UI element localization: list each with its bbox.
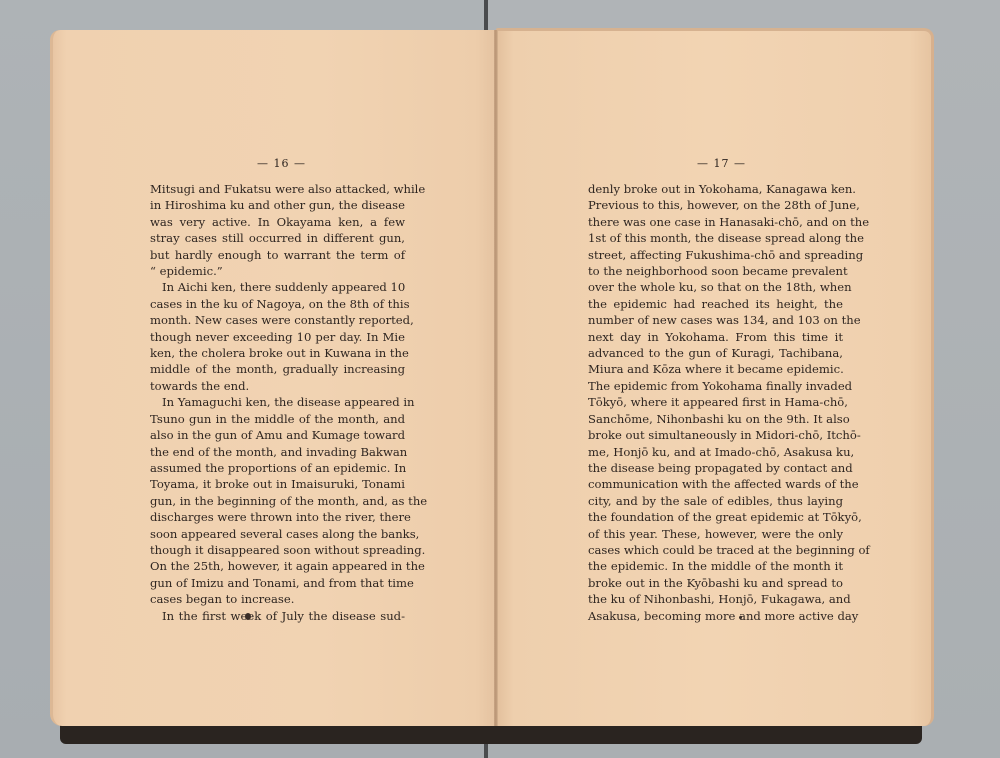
text-line: middle of the month, gradually increasin…: [150, 361, 405, 377]
right-page-text: denly broke out in Yokohama, Kanagawa ke…: [588, 181, 843, 624]
text-line: assumed the proportions of an epidemic. …: [150, 460, 405, 476]
book-gutter: [494, 30, 498, 726]
text-line: the foundation of the great epidemic at …: [588, 509, 843, 525]
text-line: Previous to this, however, on the 28th o…: [588, 197, 843, 213]
text-line: to the neighborhood soon became prevalen…: [588, 263, 843, 279]
text-line: Miura and Kōza where it became epidemic.: [588, 361, 843, 377]
text-line: cases which could be traced at the begin…: [588, 542, 843, 558]
text-line: cases began to increase.: [150, 591, 405, 607]
text-line: street, affecting Fukushima-chō and spre…: [588, 247, 843, 263]
text-line: towards the end.: [150, 378, 405, 394]
text-line: over the whole ku, so that on the 18th, …: [588, 279, 843, 295]
text-line: denly broke out in Yokohama, Kanagawa ke…: [588, 181, 843, 197]
text-line: Tōkyō, where it appeared first in Hama-c…: [588, 394, 843, 410]
text-line: the epidemic had reached its height, the: [588, 296, 843, 312]
text-line: the disease being propagated by contact …: [588, 460, 843, 476]
text-line: Tsuno gun in the middle of the month, an…: [150, 411, 405, 427]
left-page-text: Mitsugi and Fukatsu were also attacked, …: [150, 181, 405, 624]
text-line: “ epidemic.”: [150, 263, 405, 279]
text-line: The epidemic from Yokohama finally invad…: [588, 378, 843, 394]
text-line: number of new cases was 134, and 103 on …: [588, 312, 843, 328]
text-line: month. New cases were constantly reporte…: [150, 312, 405, 328]
text-line: In Aichi ken, there suddenly appeared 10: [150, 279, 405, 295]
text-line: city, and by the sale of edibles, thus l…: [588, 493, 843, 509]
text-line: also in the gun of Amu and Kumage toward: [150, 427, 405, 443]
text-line: Sanchōme, Nihonbashi ku on the 9th. It a…: [588, 411, 843, 427]
text-line: but hardly enough to warrant the term of: [150, 247, 405, 263]
text-line: cases in the ku of Nagoya, on the 8th of…: [150, 296, 405, 312]
text-line: communication with the affected wards of…: [588, 476, 843, 492]
text-line: the epidemic. In the middle of the month…: [588, 558, 843, 574]
text-line: next day in Yokohama. From this time it: [588, 329, 843, 345]
text-line: In the first week of July the disease su…: [150, 608, 405, 624]
ink-spot-left: [245, 613, 251, 620]
text-line: Asakusa, becoming more and more active d…: [588, 608, 843, 624]
text-line: there was one case in Hanasaki-chō, and …: [588, 214, 843, 230]
text-line: of this year. These, however, were the o…: [588, 526, 843, 542]
text-line: On the 25th, however, it again appeared …: [150, 558, 405, 574]
text-line: soon appeared several cases along the ba…: [150, 526, 405, 542]
text-line: the ku of Nihonbashi, Honjō, Fukagawa, a…: [588, 591, 843, 607]
text-line: gun, in the beginning of the month, and,…: [150, 493, 405, 509]
text-line: Mitsugi and Fukatsu were also attacked, …: [150, 181, 405, 197]
text-line: advanced to the gun of Kuragi, Tachibana…: [588, 345, 843, 361]
text-line: though it disappeared soon without sprea…: [150, 542, 405, 558]
text-line: 1st of this month, the disease spread al…: [588, 230, 843, 246]
text-line: gun of Imizu and Tonami, and from that t…: [150, 575, 405, 591]
text-line: stray cases still occurred in different …: [150, 230, 405, 246]
text-line: Toyama, it broke out in Imaisuruki, Tona…: [150, 476, 405, 492]
text-line: broke out in the Kyōbashi ku and spread …: [588, 575, 843, 591]
left-page-number: — 16 —: [257, 157, 306, 170]
text-line: In Yamaguchi ken, the disease appeared i…: [150, 394, 405, 410]
text-line: me, Honjō ku, and at Imado-chō, Asakusa …: [588, 444, 843, 460]
ink-spot-right: [739, 616, 742, 619]
text-line: discharges were thrown into the river, t…: [150, 509, 405, 525]
text-line: ken, the cholera broke out in Kuwana in …: [150, 345, 405, 361]
text-line: the end of the month, and invading Bakwa…: [150, 444, 405, 460]
text-line: in Hiroshima ku and other gun, the disea…: [150, 197, 405, 213]
text-line: was very active. In Okayama ken, a few: [150, 214, 405, 230]
right-page-number: — 17 —: [697, 157, 746, 170]
text-line: though never exceeding 10 per day. In Mi…: [150, 329, 405, 345]
text-line: broke out simultaneously in Midori-chō, …: [588, 427, 843, 443]
